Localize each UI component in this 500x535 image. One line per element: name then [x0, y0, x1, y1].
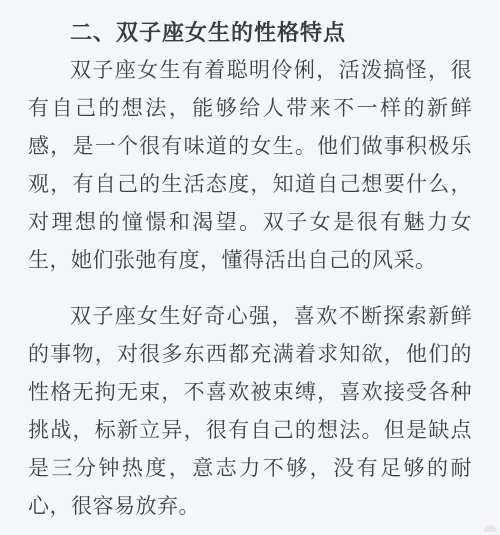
article-page: 二、双子座女生的性格特点 双子座女生有着聪明伶俐，活泼搞怪，很有自己的想法，能够… — [0, 0, 500, 535]
watermark-fragment — [484, 525, 497, 532]
section-heading: 二、双子座女生的性格特点 — [28, 14, 472, 52]
paragraph-1: 双子座女生有着聪明伶俐，活泼搞怪，很有自己的想法，能够给人带来不一样的新鲜感，是… — [28, 52, 472, 280]
paragraph-2: 双子座女生好奇心强，喜欢不断探索新鲜的事物，对很多东西都充满着求知欲，他们的性格… — [28, 298, 472, 526]
